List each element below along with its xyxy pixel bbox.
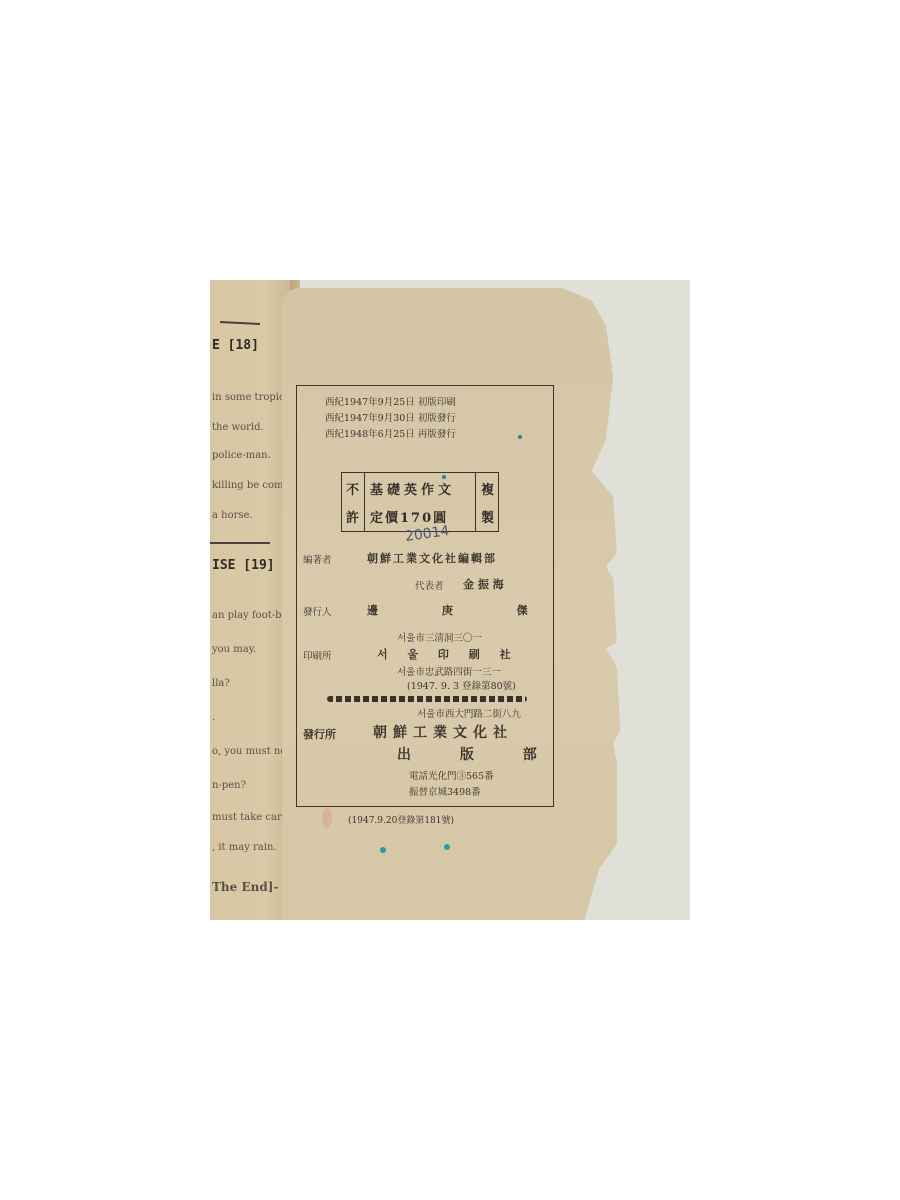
text-line: you may. bbox=[212, 644, 256, 655]
footer-registration: (1947.9.20登錄第181號) bbox=[348, 813, 454, 826]
printer-name: 서 울 印 刷 社 bbox=[377, 646, 633, 662]
exercise-heading-18: E [18] bbox=[212, 338, 259, 353]
text-line: a horse. bbox=[212, 510, 253, 521]
text-line: o, you must not. bbox=[212, 746, 294, 757]
reprint-date: 西紀1948年6月25日 再版發行 bbox=[325, 426, 581, 440]
editor-name: 朝鮮工業文化社編輯部 bbox=[367, 550, 623, 566]
ink-stain bbox=[518, 435, 522, 439]
red-stain bbox=[322, 808, 332, 828]
representative-name: 金 振 海 bbox=[463, 576, 690, 592]
publisher-dept: 出 版 部 bbox=[397, 744, 653, 764]
left-page: E [18] in some tropical the world. polic… bbox=[210, 280, 292, 920]
rule-line bbox=[210, 542, 270, 544]
book-title: 基礎英作文 bbox=[370, 479, 455, 498]
publisher-address: 서울市西大門路二街八九 bbox=[417, 706, 673, 720]
printer-address: 서울市三淸洞三〇一 bbox=[397, 630, 653, 644]
publish-date: 西紀1947年9月30日 初版發行 bbox=[325, 410, 581, 424]
wavy-divider bbox=[327, 696, 527, 702]
registration: (1947. 9. 3 登錄第80號) bbox=[407, 678, 663, 692]
book-photo: E [18] in some tropical the world. polic… bbox=[210, 280, 690, 920]
ink-stain bbox=[380, 847, 386, 853]
text-line: the world. bbox=[212, 422, 264, 433]
title-price-box: 不 許 基礎英作文 定價170圓 複 製 bbox=[341, 472, 499, 532]
ink-stain bbox=[442, 475, 446, 479]
phone-number: 電話光化門③565番 bbox=[409, 768, 665, 782]
print-date: 西紀1947年9月25日 初版印刷 bbox=[325, 394, 581, 408]
rule-line bbox=[220, 321, 260, 325]
exercise-heading-19: ISE [19] bbox=[212, 558, 275, 573]
book-price: 定價170圓 bbox=[370, 507, 448, 526]
printer-address-2: 서울市忠武路四街一三一 bbox=[397, 664, 653, 678]
text-line: lla? bbox=[212, 678, 230, 689]
colophon-page: 西紀1947年9月25日 初版印刷 西紀1947年9月30日 初版發行 西紀19… bbox=[282, 288, 642, 920]
issuer-name: 邊 庚 傑 bbox=[367, 602, 623, 618]
text-line: must take care bbox=[212, 812, 288, 823]
text-line: . bbox=[212, 712, 215, 723]
text-line: in some tropical bbox=[212, 392, 294, 403]
text-line: n-pen? bbox=[212, 780, 246, 791]
text-line: , it may rain. bbox=[212, 842, 277, 853]
transfer-account: 振替京城3498番 bbox=[409, 784, 665, 798]
not-allowed-char-2: 許 bbox=[346, 507, 359, 526]
ink-stain bbox=[444, 844, 450, 850]
colophon-frame: 西紀1947年9月25日 初版印刷 西紀1947年9月30日 初版發行 西紀19… bbox=[296, 385, 554, 807]
publisher-name: 朝鮮工業文化社 bbox=[373, 722, 629, 742]
text-line: police-man. bbox=[212, 450, 271, 461]
copy-char-2: 製 bbox=[481, 507, 494, 526]
not-allowed-char-1: 不 bbox=[346, 479, 359, 498]
the-end-text: The End]- bbox=[212, 880, 278, 894]
copy-char-1: 複 bbox=[481, 479, 494, 498]
